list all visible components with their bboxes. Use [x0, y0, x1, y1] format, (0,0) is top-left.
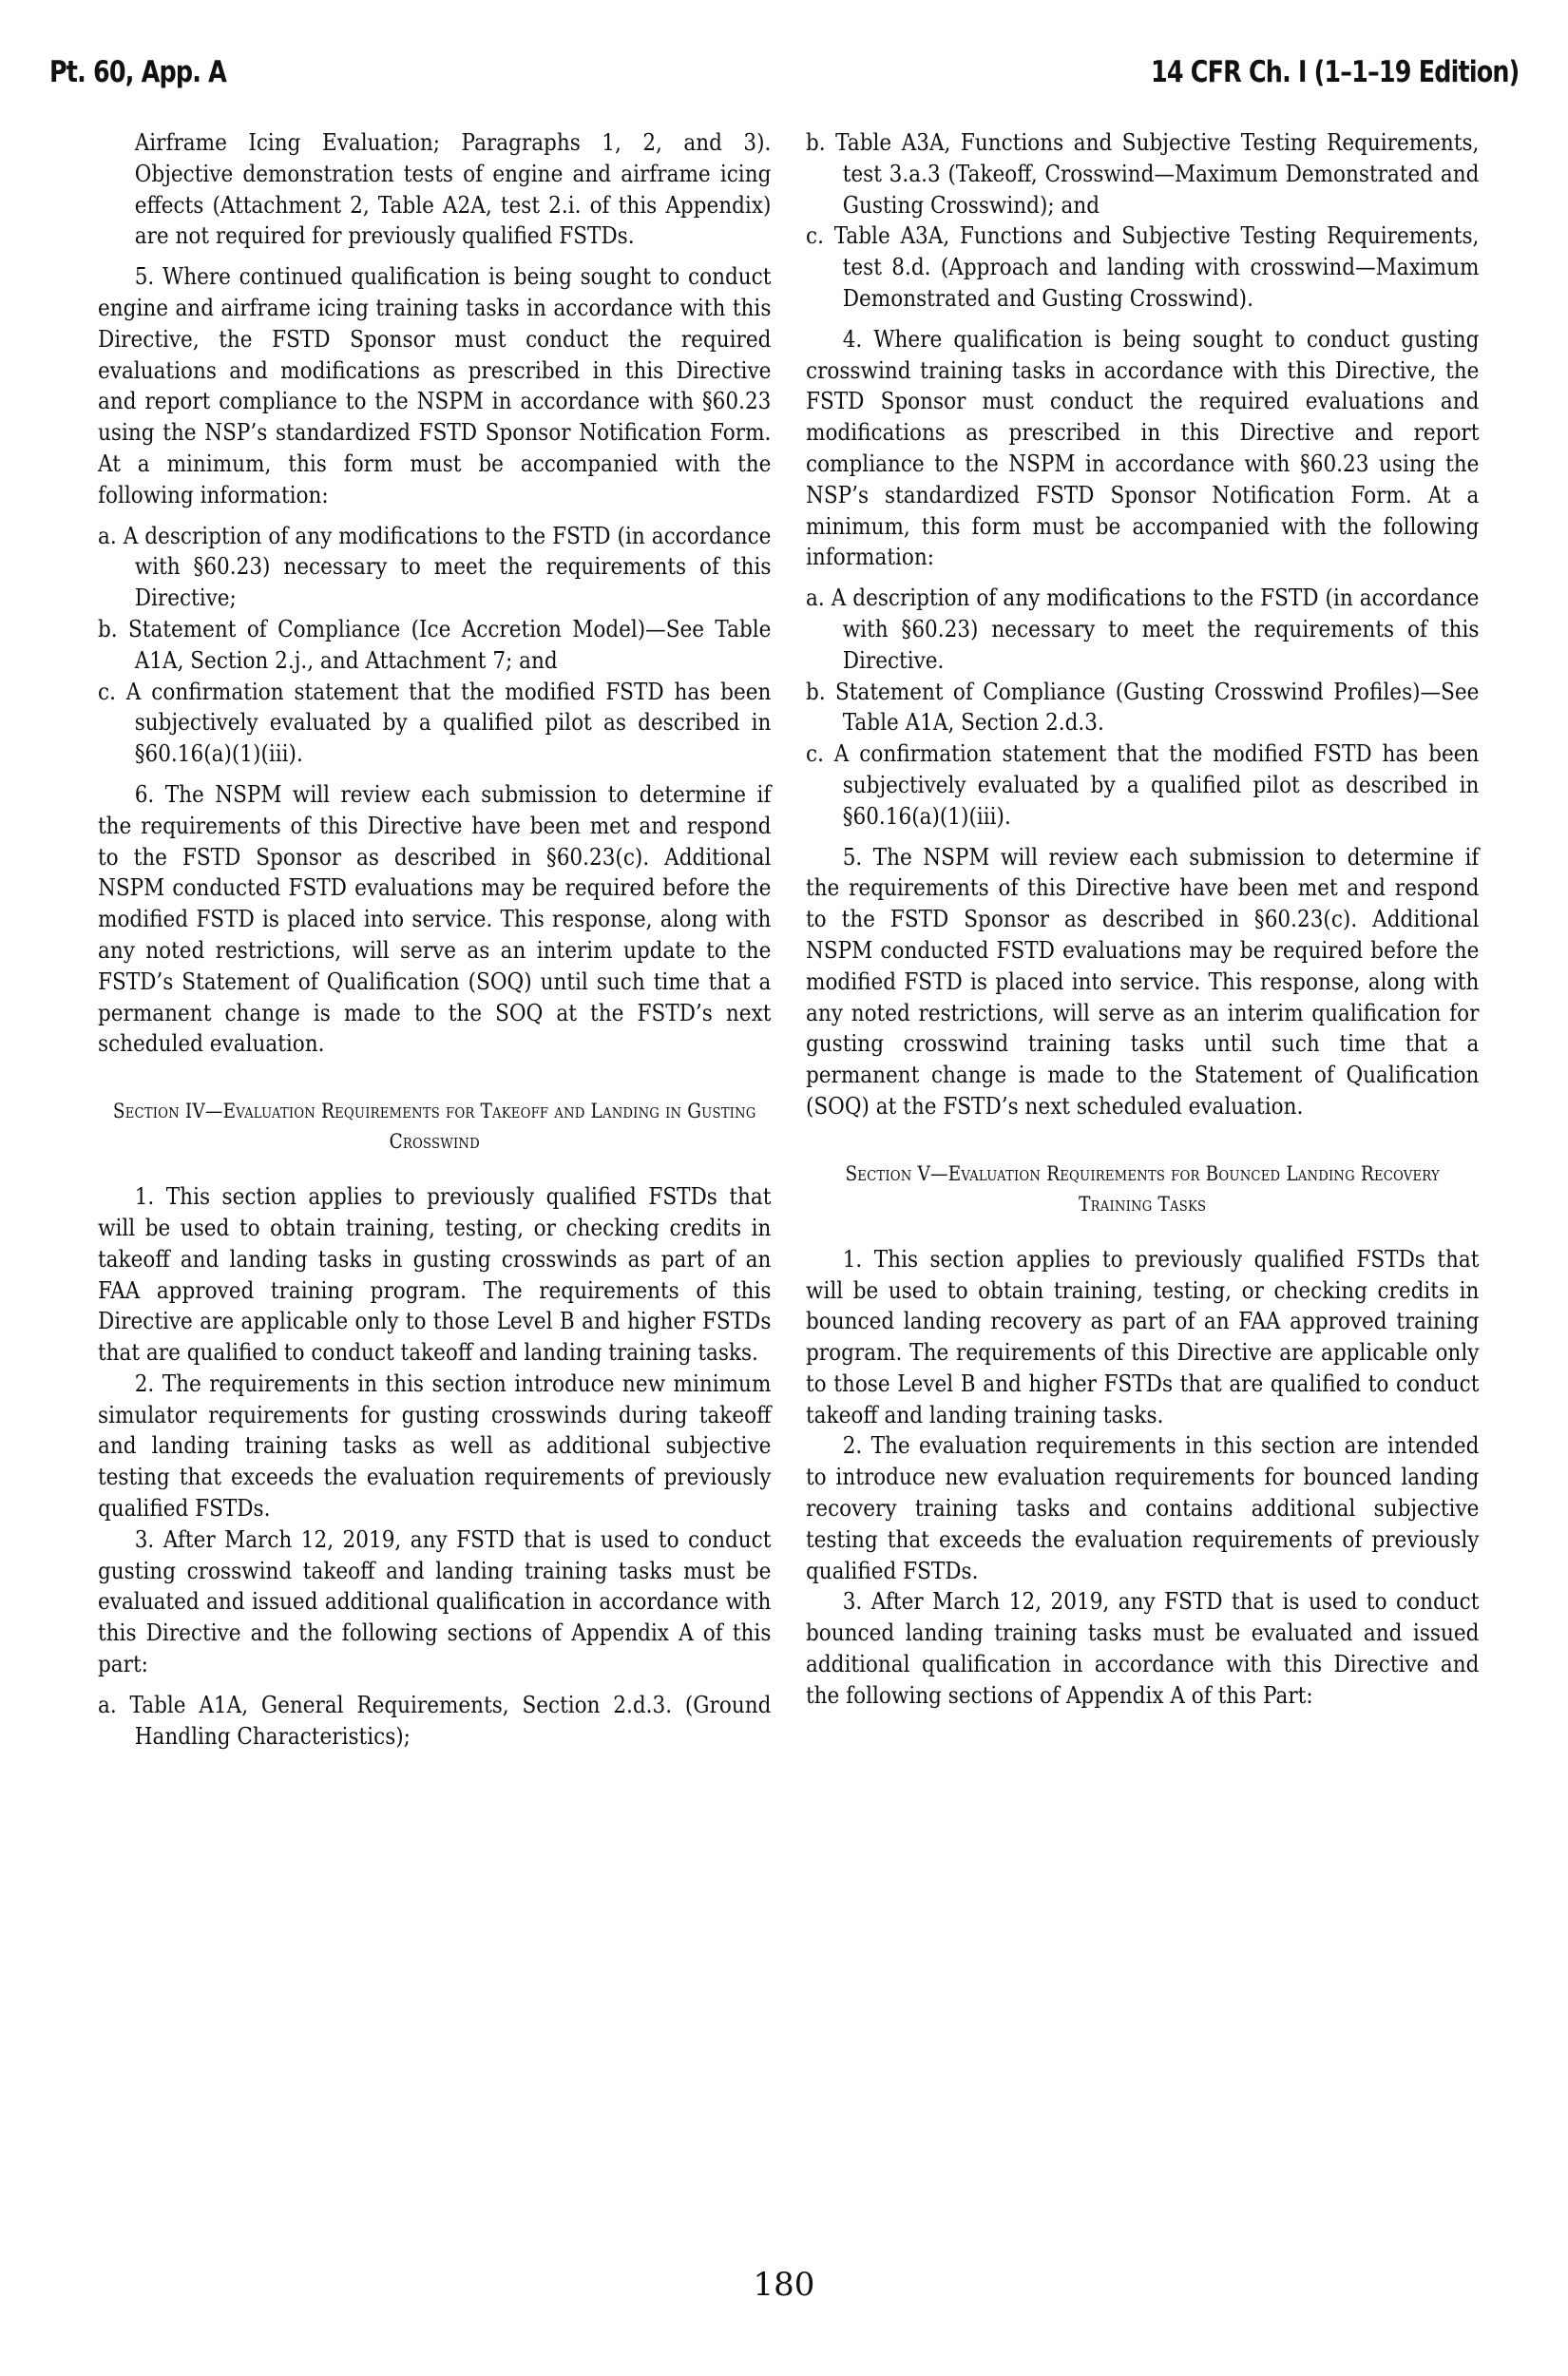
section-iv-heading: Section IV—Evaluation Requirements for T…: [98, 1096, 771, 1157]
list-item-5a: a. A description of any modifications to…: [98, 521, 771, 614]
section-iv-paragraph-2: 2. The requirements in this section intr…: [98, 1369, 771, 1524]
section-iv-paragraph-5: 5. The NSPM will review each submission …: [806, 842, 1479, 1122]
left-column: Airframe Icing Evaluation; Paragraphs 1,…: [98, 127, 771, 1752]
page-number: 180: [0, 2266, 1568, 2304]
section-v-paragraph-3: 3. After March 12, 2019, any FSTD that i…: [806, 1586, 1479, 1711]
section-iv-paragraph-1: 1. This section applies to previously qu…: [98, 1181, 771, 1369]
list-item-4c: c. A confirmation statement that the mod…: [806, 738, 1479, 832]
paragraph-5: 5. Where continued qualification is bein…: [98, 261, 771, 510]
list-item-3b: b. Table A3A, Functions and Subjective T…: [806, 127, 1479, 220]
paragraph-6: 6. The NSPM will review each submission …: [98, 779, 771, 1060]
section-v-heading: Section V—Evaluation Requirements for Bo…: [806, 1159, 1479, 1219]
right-column: b. Table A3A, Functions and Subjective T…: [806, 127, 1479, 1712]
list-item-5c: c. A confirmation statement that the mod…: [98, 677, 771, 770]
list-item-3c: c. Table A3A, Functions and Subjective T…: [806, 220, 1479, 314]
list-item-5b: b. Statement of Compliance (Ice Accretio…: [98, 614, 771, 677]
section-iv-paragraph-3: 3. After March 12, 2019, any FSTD that i…: [98, 1524, 771, 1680]
running-header-right: 14 CFR Ch. I (1–1–19 Edition): [1151, 55, 1519, 89]
list-item-4a: a. A description of any modifications to…: [806, 583, 1479, 676]
section-v-paragraph-2: 2. The evaluation requirements in this s…: [806, 1430, 1479, 1586]
paragraph-continuation: Airframe Icing Evaluation; Paragraphs 1,…: [98, 127, 771, 252]
section-iv-paragraph-4: 4. Where qualification is being sought t…: [806, 324, 1479, 573]
section-v-paragraph-1: 1. This section applies to previously qu…: [806, 1244, 1479, 1431]
running-header-left: Pt. 60, App. A: [49, 55, 226, 89]
list-item-4b: b. Statement of Compliance (Gusting Cros…: [806, 677, 1479, 739]
list-item-3a: a. Table A1A, General Requirements, Sect…: [98, 1690, 771, 1753]
